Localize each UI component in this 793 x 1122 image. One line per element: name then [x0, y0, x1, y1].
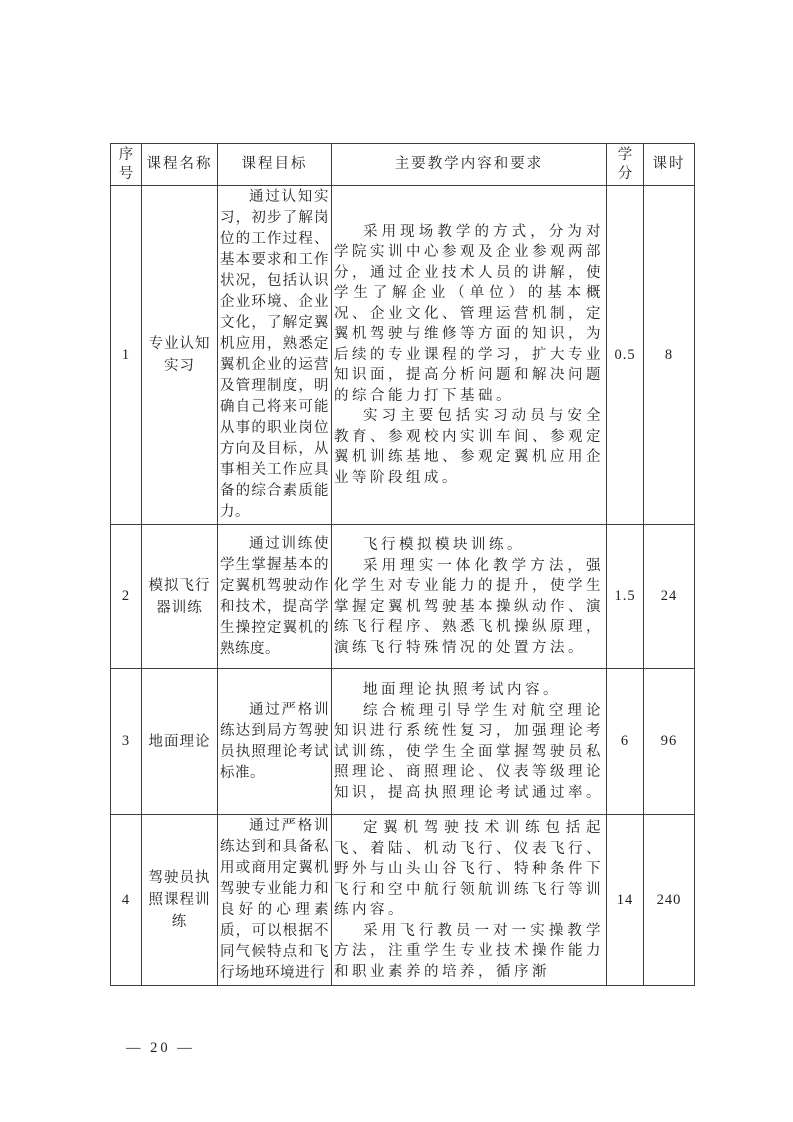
header-class-hours: 课时: [644, 144, 695, 186]
content-paragraph: 采用理实一体化教学方法，强化学生对专业能力的提升，使学生掌握定翼机驾驶基本操纵动…: [334, 556, 604, 659]
header-course-goal: 课程目标: [218, 144, 332, 186]
document-page: 序号 课程名称 课程目标 主要教学内容和要求 学分 课时 1 专业认知实习 通过…: [0, 0, 793, 1122]
header-main-content: 主要教学内容和要求: [332, 144, 607, 186]
goal-paragraph: 通过严格训练达到局方驾驶员执照理论考试标准。: [220, 700, 329, 784]
content-paragraph: 采用现场教学的方式，分为对学院实训中心参观及企业参观两部分，通过企业技术人员的讲…: [334, 222, 604, 407]
content-paragraph: 综合梳理引导学生对航空理论知识进行系统性复习，加强理论考试训练，使学生全面掌握驾…: [334, 701, 604, 804]
content-paragraph: 飞行模拟模块训练。: [334, 535, 604, 556]
content-paragraph: 地面理论执照考试内容。: [334, 680, 604, 701]
cell-serial-number: 3: [111, 669, 142, 815]
cell-credits: 6: [607, 669, 644, 815]
cell-class-hours: 8: [644, 186, 695, 525]
cell-course-goal: 通过严格训练达到局方驾驶员执照理论考试标准。: [218, 669, 332, 815]
table-row: 2 模拟飞行器训练 通过训练使学生掌握基本的定翼机驾驶动作和技术，提高学生操控定…: [111, 525, 695, 669]
table-header-row: 序号 课程名称 课程目标 主要教学内容和要求 学分 课时: [111, 144, 695, 186]
cell-credits: 0.5: [607, 186, 644, 525]
header-serial-number: 序号: [111, 144, 142, 186]
course-curriculum-table: 序号 课程名称 课程目标 主要教学内容和要求 学分 课时 1 专业认知实习 通过…: [110, 143, 695, 986]
cell-class-hours: 240: [644, 815, 695, 986]
page-number: — 20 —: [126, 1040, 195, 1057]
cell-course-goal: 通过训练使学生掌握基本的定翼机驾驶动作和技术，提高学生操控定翼机的熟练度。: [218, 525, 332, 669]
goal-paragraph: 通过严格训练达到和具备私用或商用定翼机驾驶专业能力和良好的心理素质，可以根据不同…: [220, 816, 329, 984]
cell-course-name: 地面理论: [142, 669, 218, 815]
content-paragraph: 采用飞行教员一对一实操教学方法，注重学生专业技术操作能力和职业素养的培养，循序渐: [334, 921, 604, 983]
cell-main-content: 地面理论执照考试内容。 综合梳理引导学生对航空理论知识进行系统性复习，加强理论考…: [332, 669, 607, 815]
cell-course-name: 模拟飞行器训练: [142, 525, 218, 669]
table-row: 4 驾驶员执照课程训练 通过严格训练达到和具备私用或商用定翼机驾驶专业能力和良好…: [111, 815, 695, 986]
cell-main-content: 飞行模拟模块训练。 采用理实一体化教学方法，强化学生对专业能力的提升，使学生掌握…: [332, 525, 607, 669]
cell-main-content: 采用现场教学的方式，分为对学院实训中心参观及企业参观两部分，通过企业技术人员的讲…: [332, 186, 607, 525]
cell-serial-number: 2: [111, 525, 142, 669]
cell-serial-number: 1: [111, 186, 142, 525]
cell-course-name: 专业认知实习: [142, 186, 218, 525]
content-paragraph: 实习主要包括实习动员与安全教育、参观校内实训车间、参观定翼机训练基地、参观定翼机…: [334, 406, 604, 488]
cell-class-hours: 24: [644, 525, 695, 669]
cell-class-hours: 96: [644, 669, 695, 815]
header-credits: 学分: [607, 144, 644, 186]
goal-paragraph: 通过训练使学生掌握基本的定翼机驾驶动作和技术，提高学生操控定翼机的熟练度。: [220, 534, 329, 660]
cell-course-name: 驾驶员执照课程训练: [142, 815, 218, 986]
cell-course-goal: 通过认知实习，初步了解岗位的工作过程、基本要求和工作状况，包括认识企业环境、企业…: [218, 186, 332, 525]
cell-serial-number: 4: [111, 815, 142, 986]
content-paragraph: 定翼机驾驶技术训练包括起飞、着陆、机动飞行、仪表飞行、野外与山头山谷飞行、特种条…: [334, 818, 604, 921]
table-row: 1 专业认知实习 通过认知实习，初步了解岗位的工作过程、基本要求和工作状况，包括…: [111, 186, 695, 525]
goal-paragraph: 通过认知实习，初步了解岗位的工作过程、基本要求和工作状况，包括认识企业环境、企业…: [220, 187, 329, 523]
cell-credits: 1.5: [607, 525, 644, 669]
cell-course-goal: 通过严格训练达到和具备私用或商用定翼机驾驶专业能力和良好的心理素质，可以根据不同…: [218, 815, 332, 986]
table-row: 3 地面理论 通过严格训练达到局方驾驶员执照理论考试标准。 地面理论执照考试内容…: [111, 669, 695, 815]
cell-main-content: 定翼机驾驶技术训练包括起飞、着陆、机动飞行、仪表飞行、野外与山头山谷飞行、特种条…: [332, 815, 607, 986]
header-course-name: 课程名称: [142, 144, 218, 186]
cell-credits: 14: [607, 815, 644, 986]
